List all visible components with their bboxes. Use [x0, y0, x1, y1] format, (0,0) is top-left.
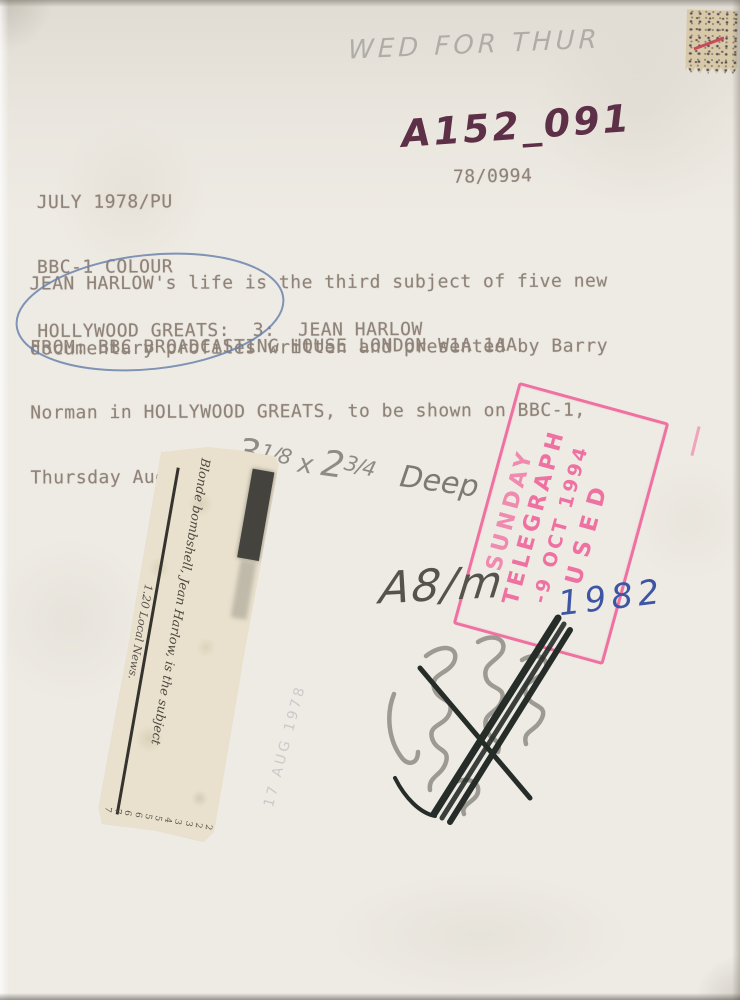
dim-times: x [296, 449, 315, 481]
dim-height: 2 [319, 443, 347, 487]
tape-remnant [685, 9, 739, 74]
caption-date-line: JULY 1978/PU [37, 190, 423, 214]
clipping-edge-digits: 2 2 3 3 4 5 5 6 6 7 7 [102, 806, 214, 831]
negative-number: 78/0994 [453, 165, 533, 188]
faint-date-stamp: 17 AUG 1978 [261, 683, 309, 809]
pink-ink-mark [690, 426, 700, 456]
dim-height-fraction: 3/4 [342, 451, 378, 482]
handwriting-wed-for-thur: WED FOR THUR [348, 24, 601, 65]
pencil-scribbles [360, 598, 620, 838]
red-mark [693, 36, 724, 50]
ref-number-handwritten: A152_091 [400, 96, 634, 156]
photo-back: WED FOR THUR A152_091 78/0994 JULY 1978/… [0, 0, 740, 1000]
ellipse-annotation [8, 246, 308, 384]
